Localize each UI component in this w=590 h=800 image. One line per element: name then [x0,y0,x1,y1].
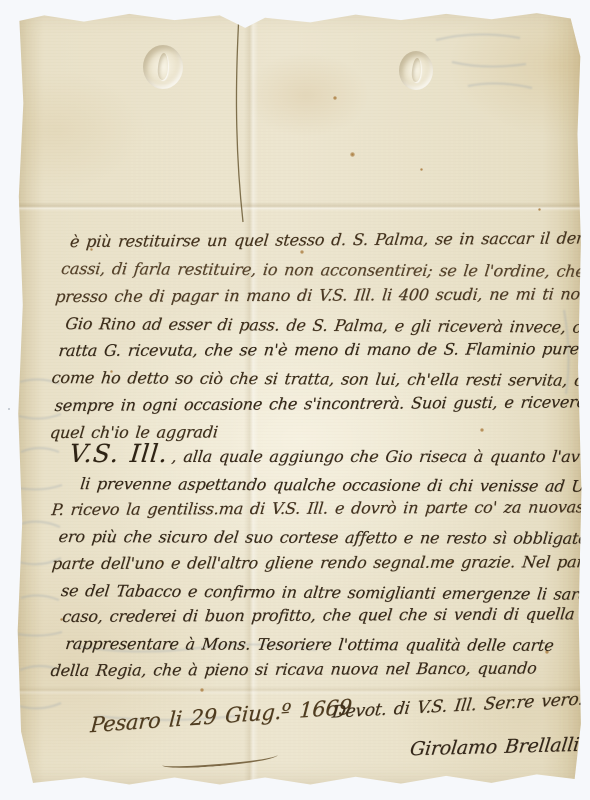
manuscript-line: ero più che sicuro del suo cortese affet… [57,524,574,552]
handwritten-paragraph-1: è più restituirse un quel stesso d. S. P… [49,228,584,446]
crease-line [236,14,243,222]
foxing-spot [538,208,541,211]
vs-ill-flourish: V.S. Ill. [68,439,170,468]
manuscript-line: della Regia, che à pieno si ricava nuova… [49,655,566,684]
handwritten-paragraph-2: V.S. Ill., alla quale aggiungo che Gio r… [45,441,585,684]
blind-embossed-seal-left [143,45,183,89]
blind-embossed-seal-right [399,51,433,90]
foxing-spot [200,688,204,692]
letter-page: è più restituirse un quel stesso d. S. P… [16,10,582,786]
manuscript-line: sempre in ogni occasione che s'incontrer… [53,388,568,419]
manuscript-line: parte dell'uno e dell'altro gliene rendo… [50,549,567,577]
manuscript-line-text: , alla quale aggiungo che Gio riseca à q… [171,447,590,466]
manuscript-line: ratta G. ricevuta, che se n'è meno di ma… [57,335,572,364]
signature-name: Girolamo Brellalli. [409,734,586,761]
foxing-spot [420,168,423,171]
manuscript-line: caso, crederei di buon profitto, che que… [61,601,578,630]
seal-core-impression [157,53,169,81]
scanner-background: è più restituirse un quel stesso d. S. P… [0,0,590,800]
manuscript-line: V.S. Ill., alla quale aggiungo che Gio r… [68,441,585,471]
foxing-spot [350,152,355,157]
manuscript-line: P. ricevo la gentiliss.ma di V.S. Ill. e… [50,495,567,524]
seal-core-impression [411,58,421,83]
scan-speck [8,408,10,410]
manuscript-line: presso che di pagar in mano di V.S. Ill.… [54,280,569,310]
manuscript-line: è più restituirse un quel stesso d. S. P… [69,224,584,255]
foxing-spot [333,96,337,100]
